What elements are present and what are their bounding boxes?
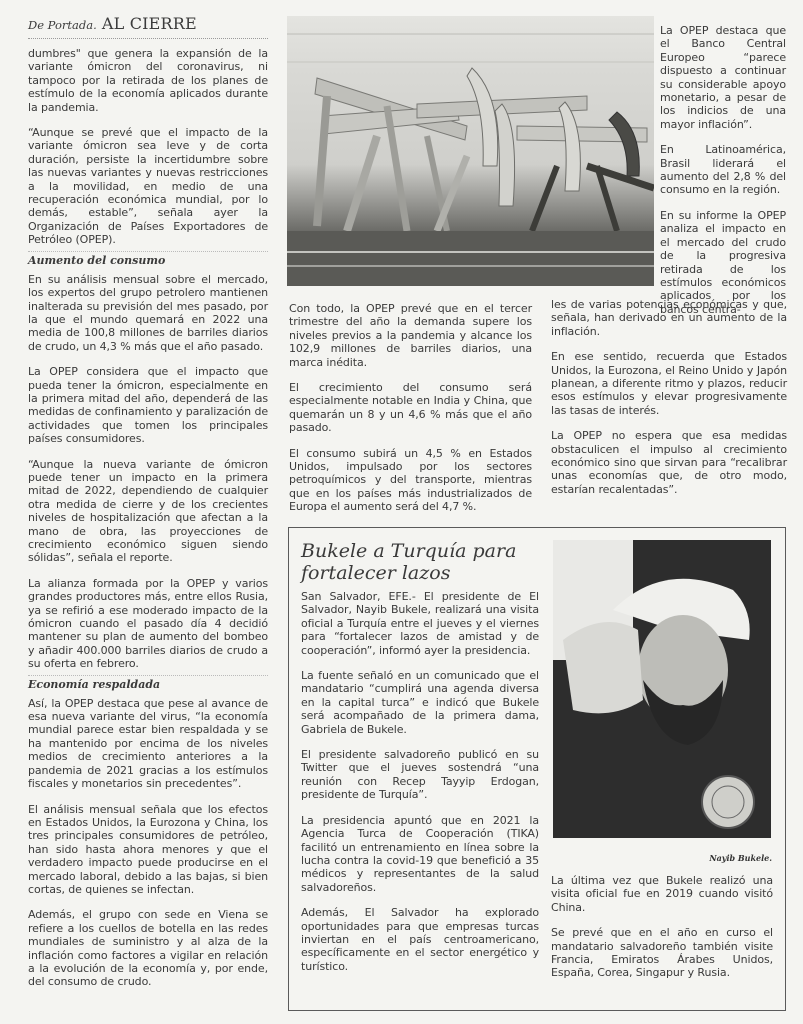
paragraph: La última vez que Bukele realizó una vis… [551, 874, 773, 914]
paragraph: En ese sentido, recuerda que Estados Uni… [551, 350, 787, 417]
photo-caption: Nayib Bukele. [650, 853, 772, 863]
paragraph: La OPEP destaca que el Banco Central Eur… [660, 24, 786, 131]
paragraph: El presidente salvadoreño publicó en su … [301, 748, 539, 802]
paragraph: San Salvador, EFE.- El presidente de El … [301, 590, 539, 657]
subhead-aumento-consumo: Aumento del consumo [28, 251, 268, 267]
section-title: AL CIERRE [102, 14, 197, 33]
paragraph: En su análisis mensual sobre el mercado,… [28, 273, 268, 353]
subhead-economia-respaldada: Economía respaldada [28, 675, 268, 691]
column-1: dumbres" que genera la expansión de la v… [28, 47, 268, 1001]
column-3-narrow: La OPEP destaca que el Banco Central Eur… [660, 24, 786, 316]
column-3-wide: les de varias potencias económicas y que… [551, 298, 787, 508]
paragraph: Se prevé que en el año en curso el manda… [551, 926, 773, 980]
paragraph: les de varias potencias económicas y que… [551, 298, 787, 338]
bukele-portrait-photo [553, 540, 771, 838]
paragraph: La OPEP no espera que esa medidas obstac… [551, 429, 787, 496]
portrait-illustration [553, 540, 771, 838]
oil-pumps-photo [287, 16, 654, 286]
paragraph: El crecimiento del consumo será especial… [289, 381, 532, 435]
paragraph: La OPEP considera que el impacto que pue… [28, 365, 268, 445]
pumpjack-illustration [287, 16, 654, 286]
paragraph: Con todo, la OPEP prevé que en el tercer… [289, 302, 532, 369]
section-label: De Portada. [28, 18, 97, 32]
article-title: Bukele a Turquía para fortalecer lazos [301, 540, 539, 584]
paragraph: El análisis mensual señala que los efect… [28, 803, 268, 897]
paragraph: El consumo subirá un 4,5 % en Estados Un… [289, 447, 532, 514]
column-2: Con todo, la OPEP prevé que en el tercer… [289, 302, 532, 526]
paragraph: La fuente señaló en un comunicado que el… [301, 669, 539, 736]
paragraph: Así, la OPEP destaca que pese al avance … [28, 697, 268, 791]
paragraph: “Aunque se prevé que el impacto de la va… [28, 126, 268, 247]
boxed-article-left: Bukele a Turquía para fortalecer lazos S… [301, 540, 539, 985]
section-header: De Portada. AL CIERRE [28, 14, 268, 39]
paragraph: La presidencia apuntó que en 2021 la Age… [301, 814, 539, 894]
paragraph: dumbres" que genera la expansión de la v… [28, 47, 268, 114]
paragraph: Además, El Salvador ha explorado oportun… [301, 906, 539, 973]
paragraph: En Latinoamérica, Brasil liderará el aum… [660, 143, 786, 197]
paragraph: “Aunque la nueva variante de ómicron pue… [28, 458, 268, 565]
paragraph: Además, el grupo con sede en Viena se re… [28, 908, 268, 988]
boxed-article-right: La última vez que Bukele realizó una vis… [551, 874, 773, 992]
paragraph: La alianza formada por la OPEP y varios … [28, 577, 268, 671]
